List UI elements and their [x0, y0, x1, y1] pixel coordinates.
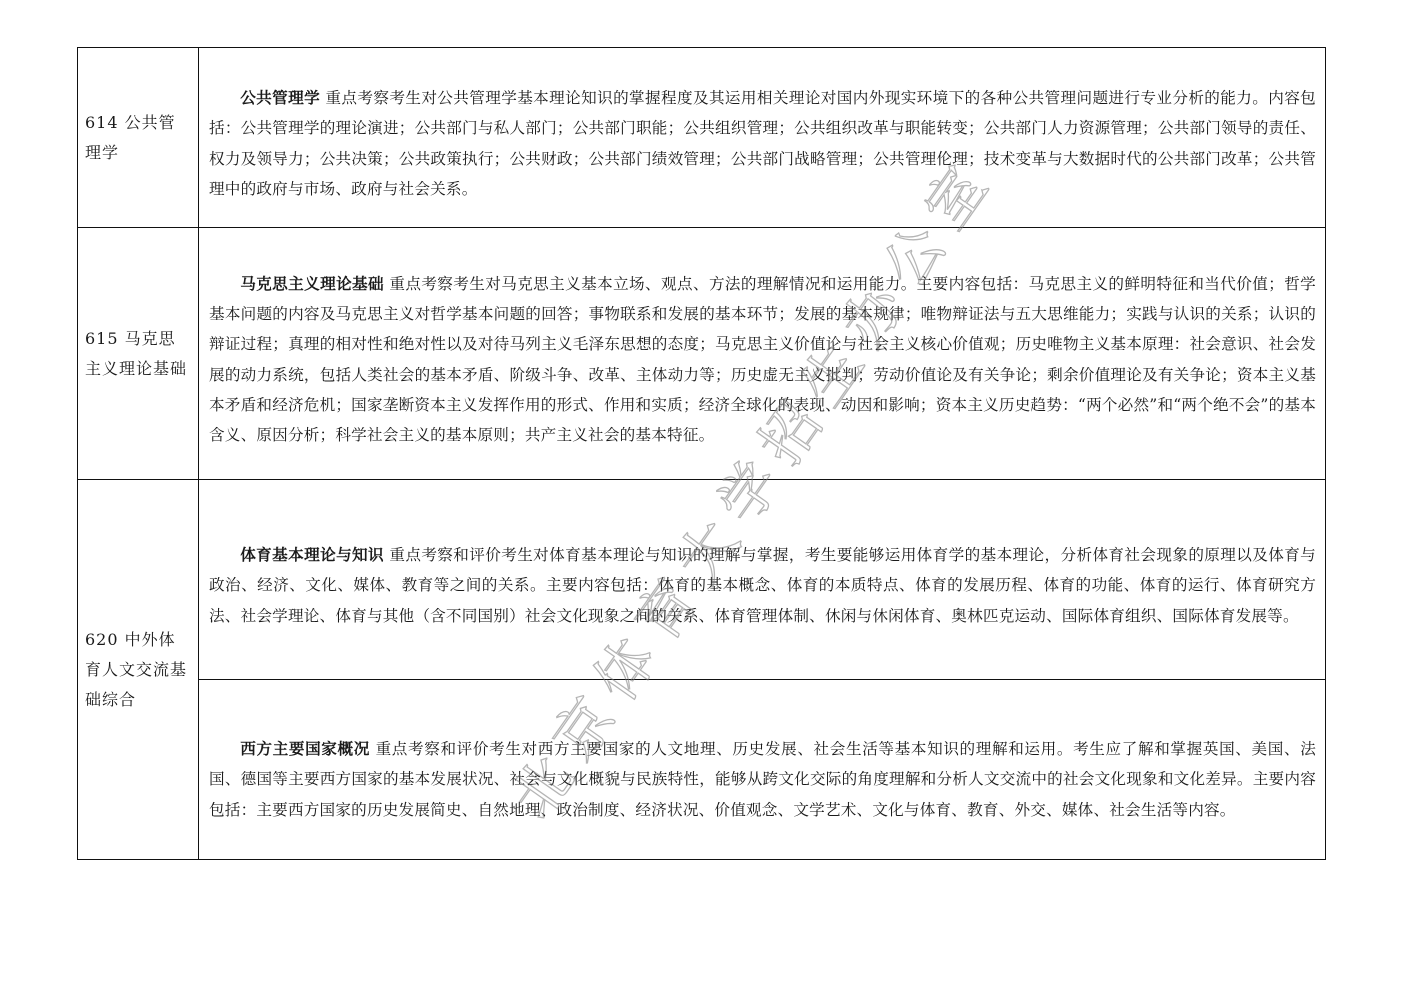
section-title: 西方主要国家概况: [240, 740, 370, 758]
table-row: 614 公共管理学 公共管理学 重点考察考生对公共管理学基本理论知识的掌握程度及…: [78, 48, 1326, 228]
subject-description-cell: 马克思主义理论基础 重点考察考生对马克思主义基本立场、观点、方法的理解情况和运用…: [199, 228, 1326, 480]
syllabus-table: 614 公共管理学 公共管理学 重点考察考生对公共管理学基本理论知识的掌握程度及…: [77, 47, 1326, 860]
subject-description-cell: 公共管理学 重点考察考生对公共管理学基本理论知识的掌握程度及其运用相关理论对国内…: [199, 48, 1326, 228]
subject-description-cell: 体育基本理论与知识 重点考察和评价考生对体育基本理论与知识的理解与掌握，考生要能…: [199, 480, 1326, 680]
document-page: 614 公共管理学 公共管理学 重点考察考生对公共管理学基本理论知识的掌握程度及…: [0, 0, 1403, 992]
table-row: 615 马克思主义理论基础 马克思主义理论基础 重点考察考生对马克思主义基本立场…: [78, 228, 1326, 480]
subject-code-label: 615 马克思主义理论基础: [85, 329, 187, 378]
section-title: 马克思主义理论基础: [240, 275, 384, 293]
subject-code-cell: 620 中外体育人文交流基础综合: [78, 480, 199, 860]
subject-code-cell: 615 马克思主义理论基础: [78, 228, 199, 480]
section-body: 重点考察考生对公共管理学基本理论知识的掌握程度及其运用相关理论对国内外现实环境下…: [209, 89, 1316, 198]
table-row: 西方主要国家概况 重点考察和评价考生对西方主要国家的人文地理、历史发展、社会生活…: [78, 680, 1326, 860]
section-title: 体育基本理论与知识: [240, 546, 384, 564]
subject-description-cell: 西方主要国家概况 重点考察和评价考生对西方主要国家的人文地理、历史发展、社会生活…: [199, 680, 1326, 860]
subject-code-label: 614 公共管理学: [85, 113, 176, 162]
section-body: 重点考察和评价考生对西方主要国家的人文地理、历史发展、社会生活等基本知识的理解和…: [209, 740, 1316, 818]
section-title: 公共管理学: [240, 89, 320, 107]
section-body: 重点考察考生对马克思主义基本立场、观点、方法的理解情况和运用能力。主要内容包括：…: [209, 275, 1316, 444]
subject-code-cell: 614 公共管理学: [78, 48, 199, 228]
table-row: 620 中外体育人文交流基础综合 体育基本理论与知识 重点考察和评价考生对体育基…: [78, 480, 1326, 680]
subject-code-label: 620 中外体育人文交流基础综合: [85, 630, 187, 709]
